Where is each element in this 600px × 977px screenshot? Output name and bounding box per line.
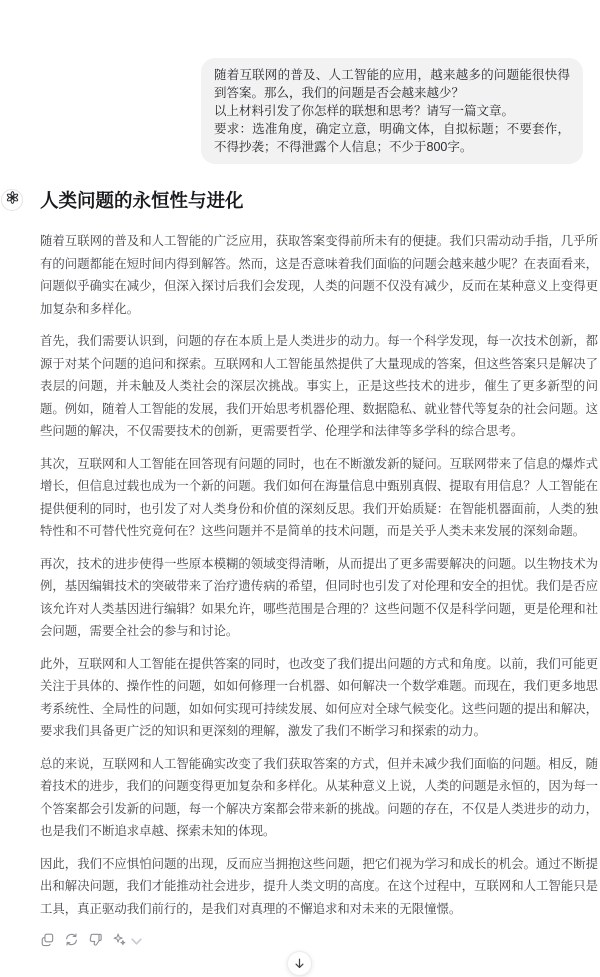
essay-body: 随着互联网的普及和人工智能的广泛应用，获取答案变得前所未有的便捷。我们只需动动手… [40,230,598,920]
regenerate-button[interactable] [64,932,79,947]
dislike-button[interactable] [88,932,103,947]
essay-paragraph: 首先，我们需要认识到，问题的存在本质上是人类进步的动力。每一个科学发现，每一次技… [40,330,598,443]
scroll-to-bottom-button[interactable] [287,951,312,976]
response-toolbar [40,930,598,948]
sparkle-icon [112,932,127,947]
essay-paragraph: 因此，我们不应惧怕问题的出现，反而应当拥抱这些问题，把它们视为学习和成长的机会。… [40,853,598,921]
essay-paragraph: 此外，互联网和人工智能在提供答案的同时，也改变了我们提出问题的方式和角度。以前，… [40,653,598,743]
arrow-down-icon [293,957,306,970]
essay-title: 人类问题的永恒性与进化 [40,188,598,214]
chevron-down-icon [129,934,140,945]
assistant-content: 人类问题的永恒性与进化 随着互联网的普及和人工智能的广泛应用，获取答案变得前所未… [40,188,598,948]
essay-paragraph: 总的来说，互联网和人工智能确实改变了我们获取答案的方式，但并未减少我们面临的问题… [40,753,598,843]
regenerate-icon [64,932,79,947]
copy-icon [40,932,55,947]
assistant-avatar [1,189,23,211]
essay-paragraph: 再次，技术的进步使得一些原本模糊的领域变得清晰，从而提出了更多需要解决的问题。以… [40,553,598,643]
essay-paragraph: 随着互联网的普及和人工智能的广泛应用，获取答案变得前所未有的便捷。我们只需动动手… [40,230,598,320]
thumbs-down-icon [88,932,103,947]
essay-paragraph: 其次，互联网和人工智能在回答现有问题的同时，也在不断激发新的疑问。互联网带来了信… [40,453,598,543]
user-message-bubble: 随着互联网的普及、人工智能的应用，越来越多的问题能很快得到答案。那么，我们的问题… [201,58,583,164]
openai-logo-icon [5,190,20,210]
assistant-message: 人类问题的永恒性与进化 随着互联网的普及和人工智能的广泛应用，获取答案变得前所未… [0,188,600,948]
ai-skills-button[interactable] [112,932,140,947]
copy-button[interactable] [40,932,55,947]
